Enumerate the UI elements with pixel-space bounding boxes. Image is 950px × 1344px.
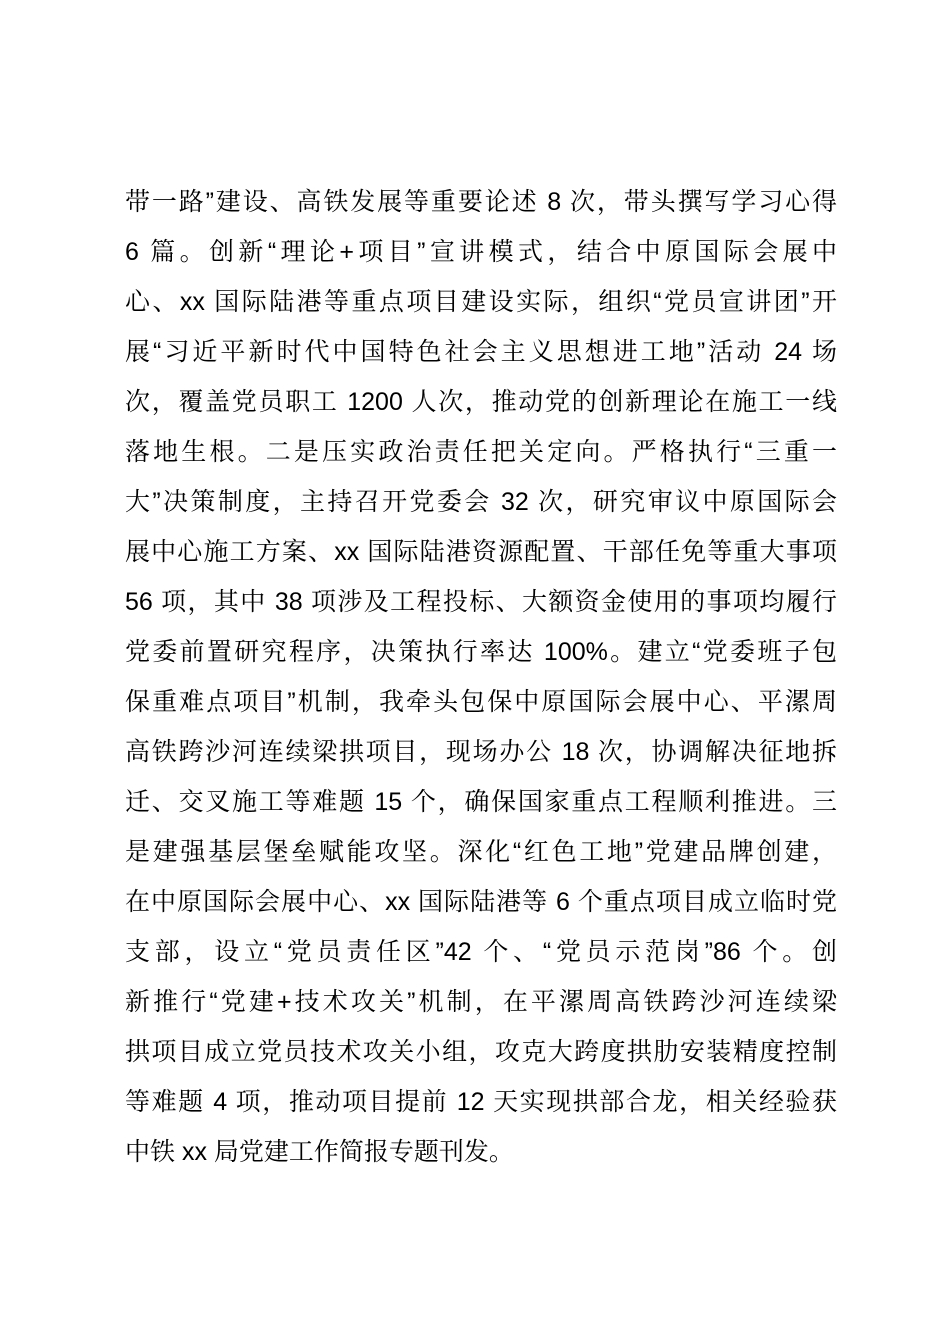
text-line-2: 6 篇。创新“理论+项目”宣讲模式，结合中原国际会展中 <box>125 227 837 277</box>
text-line-17: 新推行“党建+技术攻关”机制，在平漯周高铁跨沙河连续梁 <box>125 977 837 1027</box>
text-line-5: 次，覆盖党员职工 1200 人次，推动党的创新理论在施工一线 <box>125 377 837 427</box>
text-line-6: 落地生根。二是压实政治责任把关定向。严格执行“三重一 <box>125 427 837 477</box>
paragraph-body: 带一路”建设、高铁发展等重要论述 8 次，带头撰写学习心得 6 篇。创新“理论+… <box>125 177 837 1177</box>
text-line-20: 中铁 xx 局党建工作简报专题刊发。 <box>125 1127 837 1177</box>
text-line-9: 56 项，其中 38 项涉及工程投标、大额资金使用的事项均履行 <box>125 577 837 627</box>
text-line-7: 大”决策制度，主持召开党委会 32 次，研究审议中原国际会 <box>125 477 837 527</box>
text-line-4: 展“习近平新时代中国特色社会主义思想进工地”活动 24 场 <box>125 327 837 377</box>
text-line-16: 支部，设立“党员责任区”42 个、“党员示范岗”86 个。创 <box>125 927 837 977</box>
text-line-18: 拱项目成立党员技术攻关小组，攻克大跨度拱肋安装精度控制 <box>125 1027 837 1077</box>
text-line-14: 是建强基层堡垒赋能攻坚。深化“红色工地”党建品牌创建， <box>125 827 837 877</box>
text-line-3: 心、xx 国际陆港等重点项目建设实际，组织“党员宣讲团”开 <box>125 277 837 327</box>
text-line-10: 党委前置研究程序，决策执行率达 100%。建立“党委班子包 <box>125 627 837 677</box>
text-line-1: 带一路”建设、高铁发展等重要论述 8 次，带头撰写学习心得 <box>125 177 837 227</box>
text-line-15: 在中原国际会展中心、xx 国际陆港等 6 个重点项目成立临时党 <box>125 877 837 927</box>
document-page: 带一路”建设、高铁发展等重要论述 8 次，带头撰写学习心得 6 篇。创新“理论+… <box>0 0 950 1344</box>
text-line-13: 迁、交叉施工等难题 15 个，确保国家重点工程顺利推进。三 <box>125 777 837 827</box>
text-line-11: 保重难点项目”机制，我牵头包保中原国际会展中心、平漯周 <box>125 677 837 727</box>
text-line-19: 等难题 4 项，推动项目提前 12 天实现拱部合龙，相关经验获 <box>125 1077 837 1127</box>
text-line-12: 高铁跨沙河连续梁拱项目，现场办公 18 次，协调解决征地拆 <box>125 727 837 777</box>
text-line-8: 展中心施工方案、xx 国际陆港资源配置、干部任免等重大事项 <box>125 527 837 577</box>
